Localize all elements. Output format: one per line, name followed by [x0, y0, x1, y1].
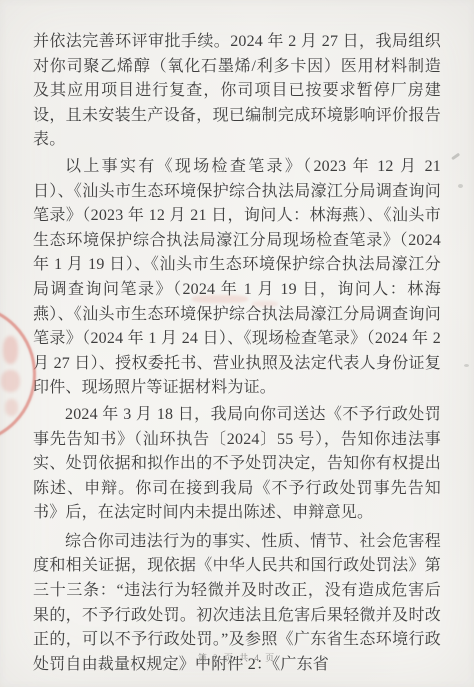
scan-artifact — [451, 153, 460, 160]
paragraph-prior-notice: 2024 年 3 月 18 日，我局向你司送达《不予行政处罚事先告知书》（汕环执… — [33, 403, 441, 526]
paragraph-evidence-list: 以上事实有《现场检查笔录》（2023 年 12 月 21 日）、《汕头市生态环境… — [33, 155, 441, 401]
official-seal-smudge — [3, 336, 18, 364]
paragraph-environmental-review: 并依法完善环评审批手续。2024 年 2 月 27 日，我局组织对你司聚乙烯醇（… — [33, 30, 441, 153]
document-body: 并依法完善环评审批手续。2024 年 2 月 27 日，我局组织对你司聚乙烯醇（… — [33, 30, 441, 677]
scan-artifact — [458, 184, 463, 188]
scan-artifact — [464, 364, 469, 367]
official-seal-smudge — [1, 370, 20, 392]
page-number-footer: 第 2 页 共 4 页 — [0, 651, 474, 664]
official-seal-smudge — [5, 399, 18, 416]
scanned-document-page: 并依法完善环评审批手续。2024 年 2 月 27 日，我局组织对你司聚乙烯醇（… — [0, 0, 474, 687]
